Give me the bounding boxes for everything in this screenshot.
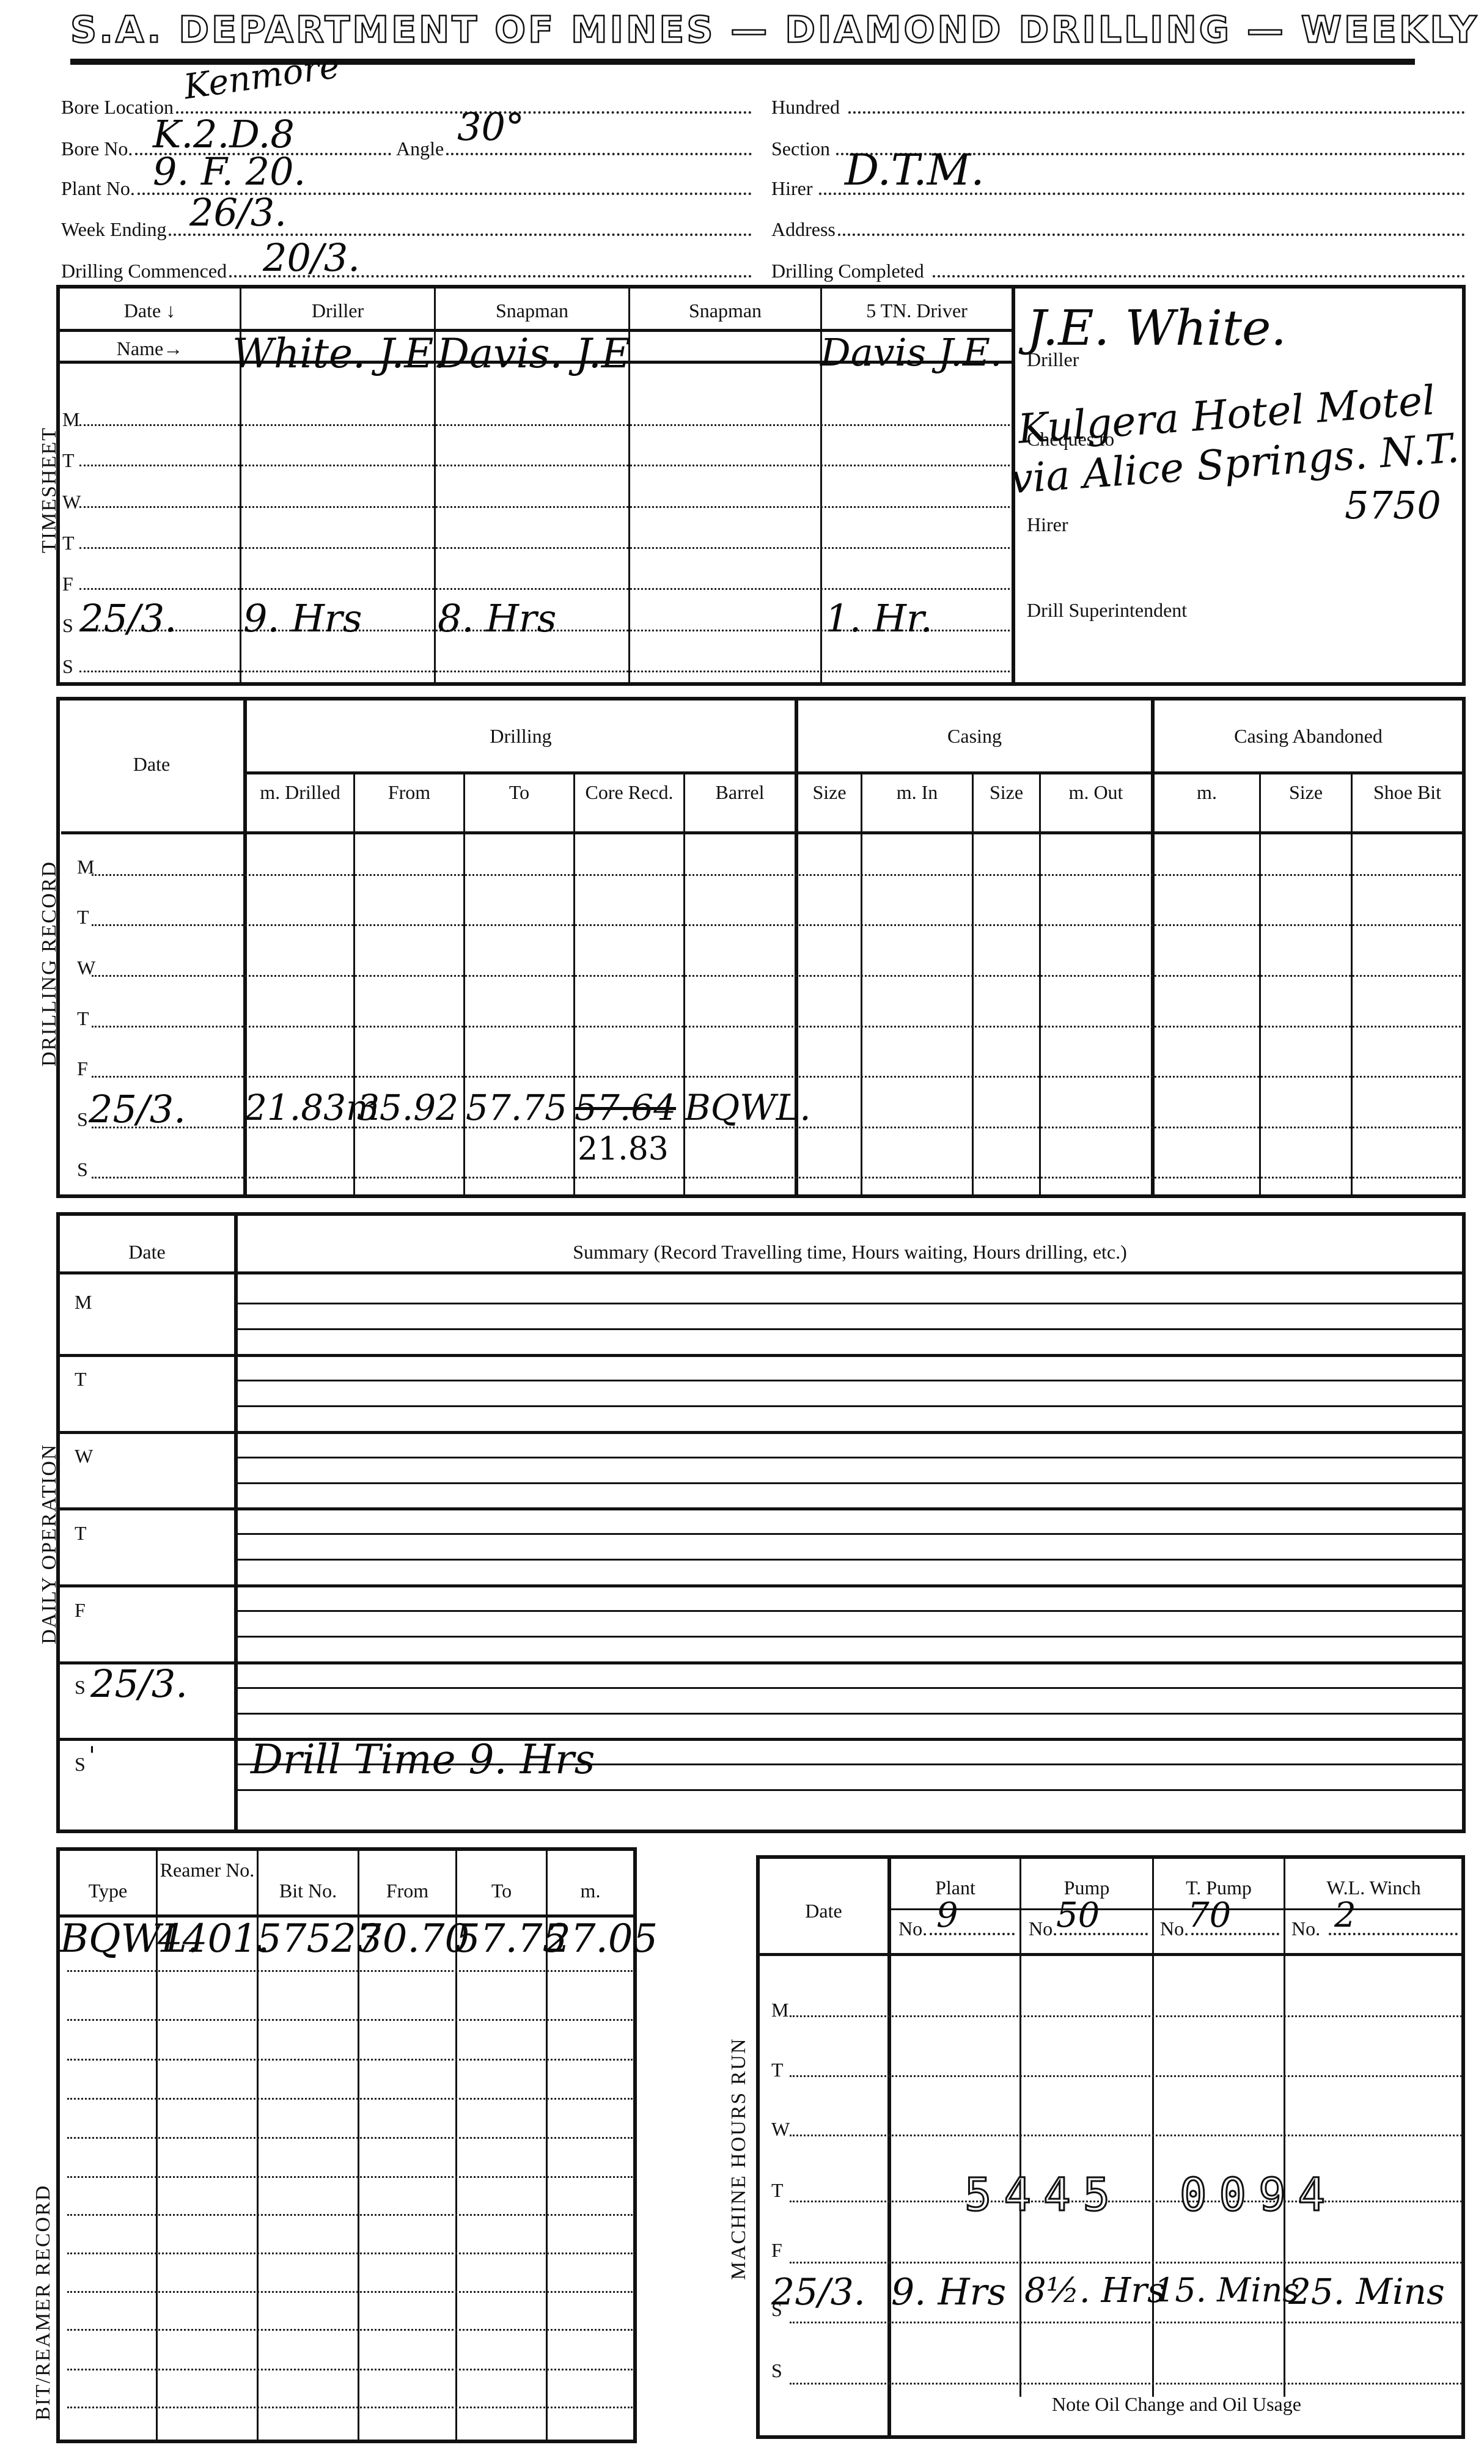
col-core-recd: Core Recd.	[575, 781, 683, 804]
hundred-field[interactable]: Hundred	[771, 92, 1465, 119]
mh-plant-no-field[interactable]: No. 9	[898, 1913, 1015, 1940]
bore-no-label: Bore No.	[61, 138, 133, 160]
mh-plant-no-value: 9	[936, 1896, 958, 1935]
mh-entry-winch: 25. Mins	[1288, 2271, 1445, 2312]
daily-day-f: F	[75, 1599, 86, 1622]
mh-day-s2: S	[771, 2359, 782, 2382]
col-abandoned-m: m.	[1155, 781, 1259, 804]
mh-t-pump-no-value: 70	[1188, 1896, 1231, 1935]
timesheet-name-driller: White. J.E.	[232, 330, 446, 377]
bit-col-to: To	[457, 1880, 546, 1902]
drilling-entry-date: 25/3.	[89, 1087, 186, 1131]
mh-entry-pump: 8½. Hrs	[1024, 2271, 1165, 2311]
plant-no-label: Plant No.	[61, 177, 135, 200]
col-shoe-bit: Shoe Bit	[1353, 781, 1462, 804]
bit-row-reamer-no: 4401.	[158, 1916, 270, 1962]
timesheet-col-5tn-driver: 5 TN. Driver	[822, 300, 1012, 322]
week-ending-label: Week Ending	[61, 218, 166, 241]
mh-day-m: M	[771, 1999, 788, 2021]
bit-row-m: 27.05	[546, 1916, 658, 1962]
col-m-out: m. Out	[1041, 781, 1151, 804]
plant-no-field[interactable]: Plant No. 9. F. 20.	[61, 173, 752, 200]
daily-day-t: T	[75, 1368, 87, 1391]
col-abandoned-size: Size	[1261, 781, 1351, 804]
timesheet-day-s2: S	[62, 655, 73, 678]
timesheet-entry-snapman-1-hours: 8. Hrs	[438, 596, 556, 641]
mh-meter-right: 0094	[1180, 2169, 1337, 2221]
daily-day-w: W	[75, 1445, 93, 1468]
drilling-day-f: F	[77, 1057, 88, 1080]
mh-entry-t-pump: 15. Mins	[1154, 2271, 1299, 2309]
angle-field[interactable]: Angle 30°	[396, 133, 752, 160]
drilling-commenced-label: Drilling Commenced	[61, 260, 227, 282]
page-title: S.A. DEPARTMENT OF MINES — DIAMOND DRILL…	[70, 9, 1415, 57]
mh-t-pump-no-label: No.	[1160, 1918, 1189, 1940]
bit-col-type: Type	[60, 1880, 156, 1902]
timesheet-name-header: Name→	[60, 337, 240, 360]
mh-date-header: Date	[760, 1900, 887, 1922]
daily-entry-summary: Drill Time 9. Hrs	[251, 1736, 595, 1783]
mh-plant-no-label: No.	[898, 1918, 927, 1940]
timesheet-day-w: W	[62, 491, 81, 513]
timesheet-name-5tn-driver: Davis J.E.	[820, 330, 1002, 375]
daily-entry-date: 25/3.	[90, 1661, 188, 1706]
drilling-day-t: T	[77, 906, 89, 929]
bit-col-bit-no: Bit No.	[259, 1880, 358, 1902]
drilling-completed-field[interactable]: Drilling Completed	[771, 256, 1465, 282]
mh-entry-date: 25/3.	[771, 2271, 865, 2314]
drilling-day-s: S	[77, 1108, 88, 1131]
drilling-entry-core-recd-struck: 57.64	[575, 1087, 676, 1128]
daily-entry-date-2: '	[89, 1742, 95, 1770]
drilling-commenced-field[interactable]: Drilling Commenced 20/3.	[61, 256, 752, 282]
mh-pump-no-field[interactable]: No. 50	[1029, 1913, 1148, 1940]
machine-hours-section-label: MACHINE HOURS RUN	[727, 2037, 751, 2280]
casing-group-header: Casing	[798, 725, 1151, 748]
plant-no-value: 9. F. 20.	[153, 149, 306, 194]
timesheet-col-snapman-1: Snapman	[436, 300, 628, 322]
section-label: Section	[771, 138, 830, 160]
panel-hirer-label: Hirer	[1027, 513, 1068, 536]
angle-label: Angle	[396, 138, 444, 160]
daily-day-m: M	[75, 1291, 92, 1314]
panel-driller-signature: J.E. White.	[1027, 300, 1287, 356]
mh-footer-note: Note Oil Change and Oil Usage	[891, 2393, 1462, 2416]
bit-col-reamer-no: Reamer No.	[158, 1858, 257, 1881]
daily-summary-header: Summary (Record Travelling time, Hours w…	[238, 1241, 1462, 1263]
bit-reamer-section-label: BIT/REAMER RECORD	[32, 2185, 55, 2421]
mh-winch-no-label: No.	[1291, 1918, 1320, 1940]
machine-hours-box	[756, 1855, 1465, 2439]
timesheet-entry-driller-hours: 9. Hrs	[243, 596, 362, 641]
drilling-day-s2: S	[77, 1158, 88, 1181]
drilling-entry-barrel: BQWL.	[685, 1087, 811, 1128]
daily-day-s2: S	[75, 1753, 86, 1776]
drilling-entry-from: 35.92	[357, 1087, 458, 1128]
panel-cheques-line3: 5750	[1345, 483, 1441, 528]
drilling-completed-label: Drilling Completed	[771, 260, 924, 282]
drilling-date-header: Date	[60, 753, 243, 776]
mh-pump-no-label: No.	[1029, 1918, 1057, 1940]
mh-winch-no-field[interactable]: No. 2	[1291, 1913, 1458, 1940]
timesheet-day-m: M	[62, 408, 79, 431]
timesheet-day-t: T	[62, 449, 75, 472]
timesheet-day-s: S	[62, 614, 73, 637]
timesheet-day-f: F	[62, 573, 73, 595]
address-label: Address	[771, 218, 836, 241]
drilling-entry-core-recd: 21.83	[578, 1131, 669, 1168]
mh-t-pump-no-field[interactable]: No. 70	[1160, 1913, 1279, 1940]
drilling-group-header: Drilling	[247, 725, 795, 748]
col-casing-size-in: Size	[798, 781, 861, 804]
timesheet-date-header: Date ↓	[60, 300, 240, 322]
timesheet-col-snapman-2: Snapman	[630, 300, 820, 322]
timesheet-day-t2: T	[62, 532, 75, 554]
timesheet-name-snapman-1: Davis. J.E	[437, 330, 631, 377]
address-field[interactable]: Address	[771, 214, 1465, 241]
bit-row-from: 30.70	[358, 1916, 469, 1962]
col-m-in: m. In	[862, 781, 972, 804]
hundred-label: Hundred	[771, 96, 840, 119]
daily-day-s: S	[75, 1676, 86, 1699]
mh-day-t: T	[771, 2059, 784, 2081]
week-ending-value: 26/3.	[189, 190, 287, 235]
col-m-drilled: m. Drilled	[247, 781, 353, 804]
drilling-entry-to: 57.75	[466, 1087, 567, 1128]
col-from: From	[355, 781, 463, 804]
mh-pump-no-value: 50	[1056, 1896, 1100, 1935]
timesheet-col-driller: Driller	[241, 300, 434, 322]
bit-col-from: From	[359, 1880, 455, 1902]
angle-value: 30°	[457, 105, 524, 149]
hirer-value: D.T.M.	[845, 145, 984, 195]
mh-col-wl-winch: W.L. Winch	[1285, 1877, 1462, 1899]
daily-date-header: Date	[60, 1241, 234, 1263]
col-barrel: Barrel	[685, 781, 795, 804]
drilling-commenced-value: 20/3.	[263, 235, 360, 280]
drilling-day-t2: T	[77, 1007, 89, 1030]
mh-day-w: W	[771, 2118, 790, 2141]
hirer-label: Hirer	[771, 177, 813, 200]
col-to: To	[465, 781, 573, 804]
timesheet-entry-driver-hours: 1. Hr.	[825, 596, 932, 641]
hirer-field[interactable]: Hirer D.T.M.	[771, 173, 1465, 200]
col-casing-size-out: Size	[974, 781, 1039, 804]
panel-drill-superintendent-label: Drill Superintendent	[1027, 599, 1187, 622]
timesheet-entry-date: 25/3.	[79, 596, 177, 641]
week-ending-field[interactable]: Week Ending 26/3.	[61, 214, 752, 241]
bit-col-m: m.	[548, 1880, 633, 1902]
casing-abandoned-group-header: Casing Abandoned	[1155, 725, 1462, 748]
mh-winch-no-value: 2	[1334, 1896, 1356, 1935]
mh-day-f: F	[771, 2239, 782, 2262]
mh-entry-plant: 9. Hrs	[891, 2271, 1006, 2314]
mh-day-t2: T	[771, 2179, 784, 2202]
mh-meter-left: 5445	[964, 2169, 1122, 2221]
daily-day-t2: T	[75, 1522, 87, 1545]
